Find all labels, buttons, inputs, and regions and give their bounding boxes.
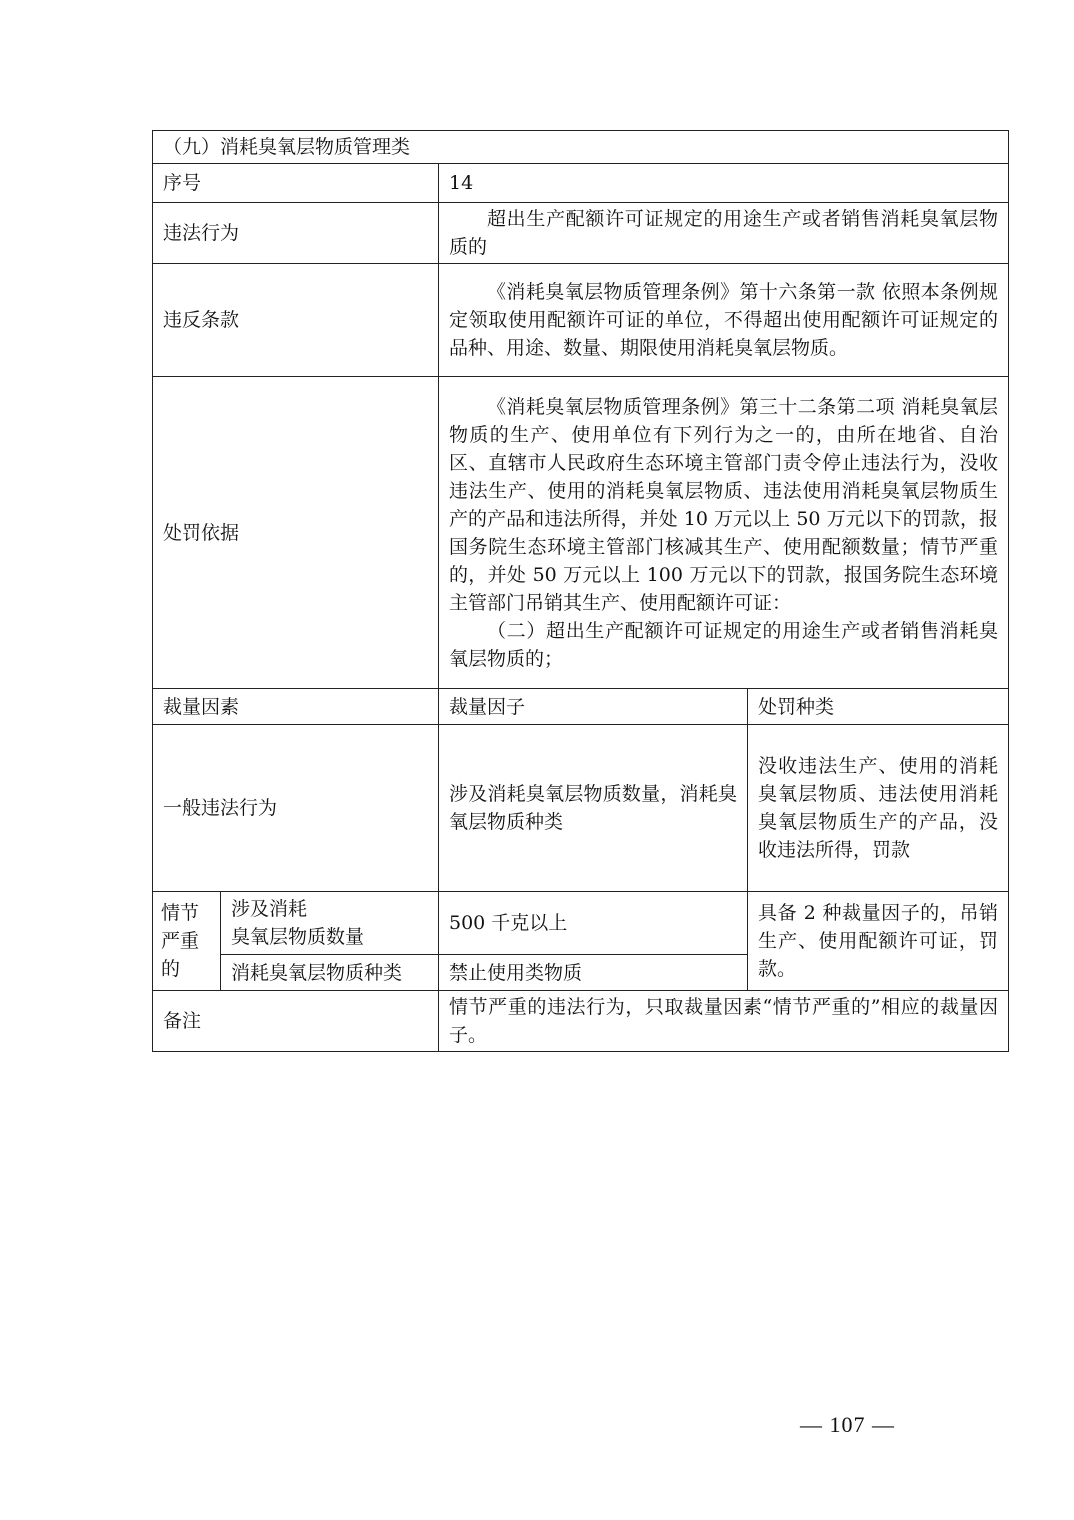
serious-factor-1-name-rest: 臭氧层物质数量 <box>231 926 364 948</box>
page-number: — 107 — <box>800 1412 895 1438</box>
penalty-basis-label: 处罚依据 <box>153 377 439 689</box>
general-factor: 涉及消耗臭氧层物质数量，消耗臭氧层物质种类 <box>439 725 748 892</box>
violated-clause-label: 违反条款 <box>153 264 439 377</box>
remark-label: 备注 <box>153 991 439 1052</box>
discretion-table: （九）消耗臭氧层物质管理类 序号 14 违法行为 超出生产配额许可证规定的用途生… <box>152 130 1009 1052</box>
violation-value: 超出生产配额许可证规定的用途生产或者销售消耗臭氧层物质的 <box>439 203 1009 264</box>
remark-value: 情节严重的违法行为，只取裁量因素“情节严重的”相应的裁量因子。 <box>439 991 1009 1052</box>
header-sub-factor: 裁量因子 <box>439 689 748 725</box>
serial-label: 序号 <box>153 164 439 203</box>
general-penalty: 没收违法生产、使用的消耗臭氧层物质、违法使用消耗臭氧层物质生产的产品，没收违法所… <box>748 725 1009 892</box>
header-penalty-type: 处罚种类 <box>748 689 1009 725</box>
section-title: （九）消耗臭氧层物质管理类 <box>153 131 1009 164</box>
serious-factor-2-name: 消耗臭氧层物质种类 <box>221 955 439 991</box>
header-factor: 裁量因素 <box>153 689 439 725</box>
violation-label: 违法行为 <box>153 203 439 264</box>
penalty-basis-paragraph-1: 《消耗臭氧层物质管理条例》第三十二条第二项 消耗臭氧层物质的生产、使用单位有下列… <box>449 393 998 617</box>
serious-label: 情节严重的 <box>153 892 221 991</box>
general-label: 一般违法行为 <box>153 725 439 892</box>
serious-factor-2-value: 禁止使用类物质 <box>439 955 748 991</box>
serious-factor-1-name: 涉及消耗臭氧层物质数量 <box>221 892 439 955</box>
penalty-basis-paragraph-2: （二）超出生产配额许可证规定的用途生产或者销售消耗臭氧层物质的； <box>449 617 998 673</box>
serious-penalty: 具备 2 种裁量因子的，吊销生产、使用配额许可证，罚款。 <box>748 892 1009 991</box>
serious-factor-1-value: 500 千克以上 <box>439 892 748 955</box>
penalty-basis-value: 《消耗臭氧层物质管理条例》第三十二条第二项 消耗臭氧层物质的生产、使用单位有下列… <box>439 377 1009 689</box>
violated-clause-value: 《消耗臭氧层物质管理条例》第十六条第一款 依照本条例规定领取使用配额许可证的单位… <box>439 264 1009 377</box>
serial-value: 14 <box>439 164 1009 203</box>
